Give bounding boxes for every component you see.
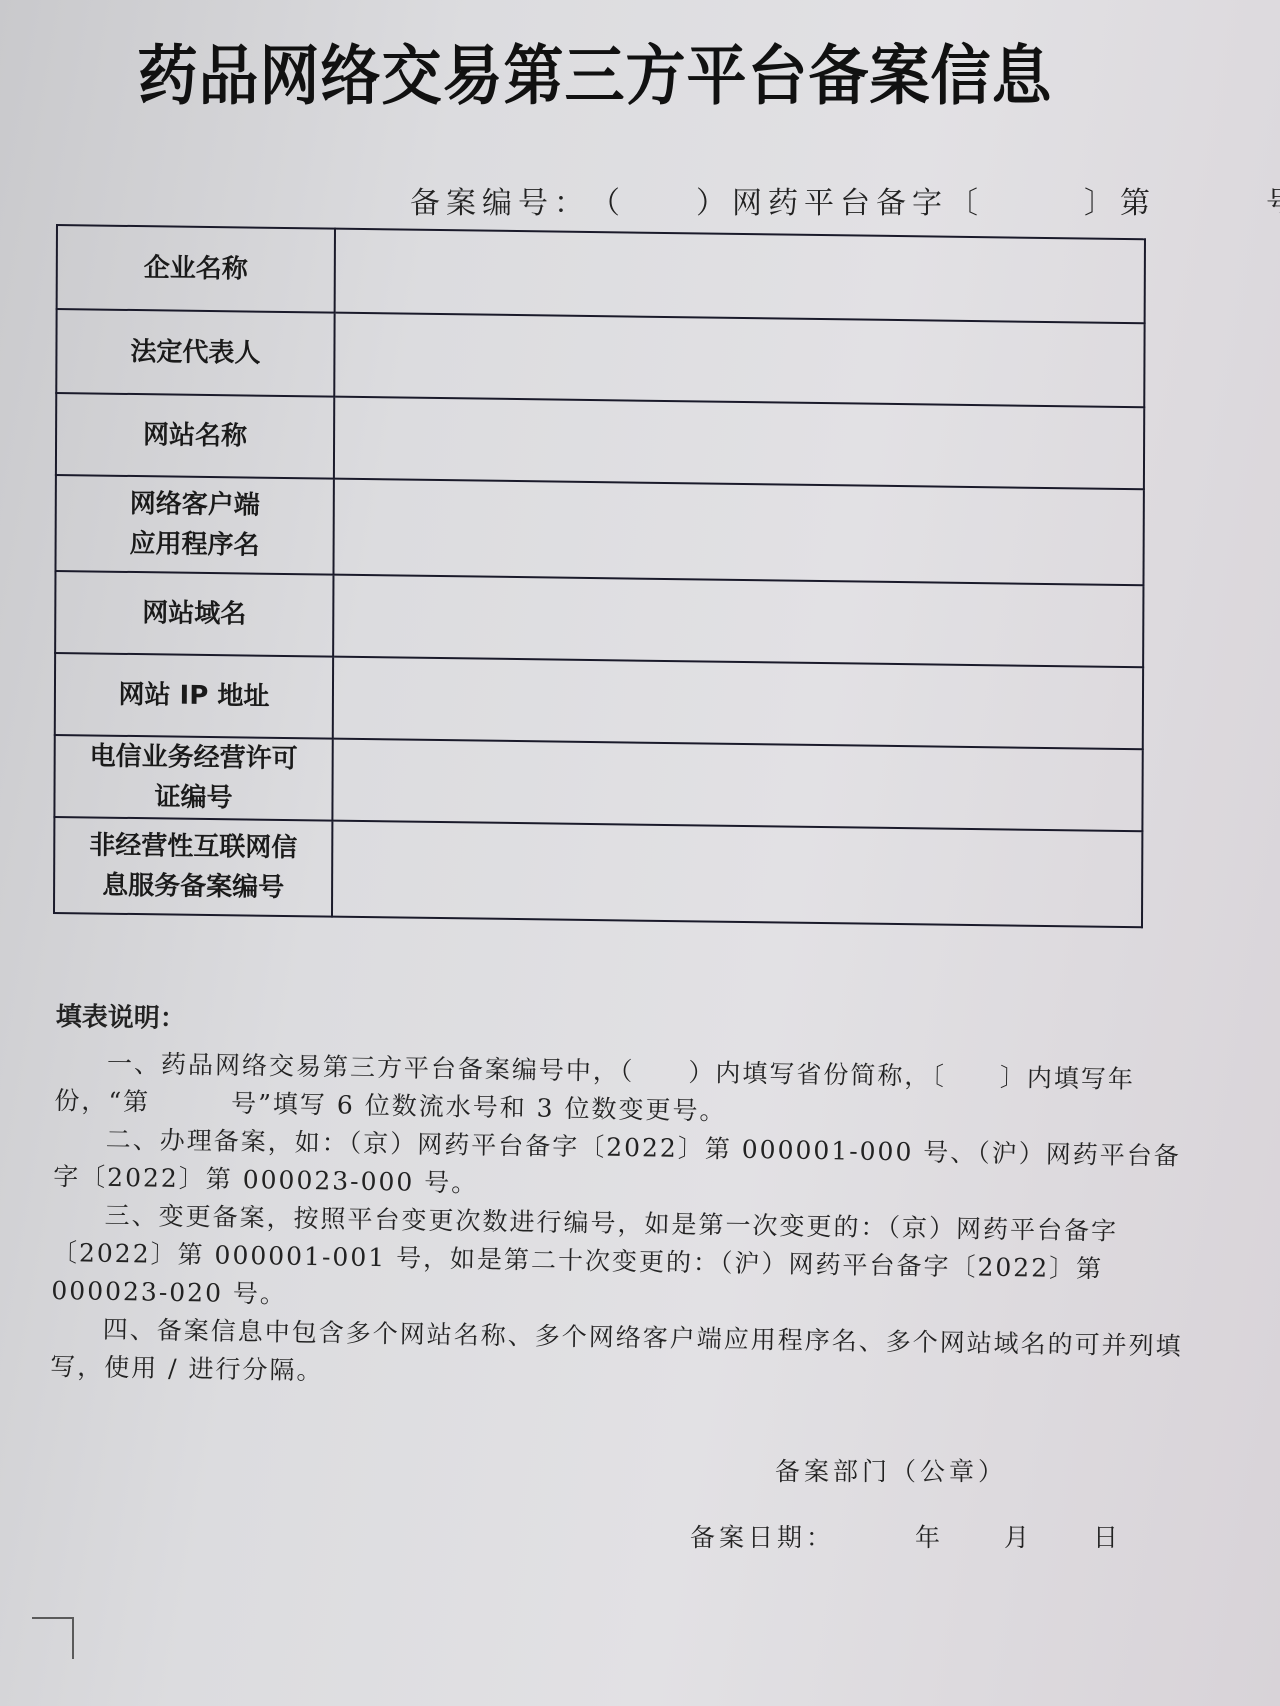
month-label: 月 bbox=[1004, 1523, 1033, 1552]
field-icp-filing[interactable] bbox=[332, 821, 1142, 928]
corner-crop-mark bbox=[32, 1617, 74, 1659]
document-page: 药品网络交易第三方平台备案信息 备案编号：（）网药平台备字〔〕第号 企业名称 法… bbox=[0, 0, 1280, 1706]
field-website-ip[interactable] bbox=[333, 657, 1143, 750]
label-telecom-license: 电信业务经营许可 证编号 bbox=[54, 735, 332, 821]
table-row: 电信业务经营许可 证编号 bbox=[54, 735, 1142, 831]
table-row: 非经营性互联网信 息服务备案编号 bbox=[54, 817, 1142, 927]
filing-date-line: 备案日期：年月日 bbox=[690, 1518, 1122, 1554]
record-number-line: 备案编号：（）网药平台备字〔〕第号 bbox=[410, 178, 1280, 222]
filling-instructions: 填表说明： 一、药品网络交易第三方平台备案编号中，（ ）内填写省份简称，〔 〕内… bbox=[50, 998, 1196, 1404]
label-website-ip: 网站 IP 地址 bbox=[55, 653, 333, 739]
field-legal-representative[interactable] bbox=[334, 313, 1144, 408]
record-number-platform: ）网药平台备字〔 bbox=[696, 178, 984, 222]
label-legal-representative: 法定代表人 bbox=[56, 309, 334, 397]
table-row: 网络客户端 应用程序名 bbox=[55, 475, 1143, 585]
record-number-label: 备案编号： bbox=[410, 178, 590, 222]
filing-date-label: 备案日期： bbox=[690, 1523, 835, 1552]
record-number-paren-open: （ bbox=[590, 178, 626, 222]
label-icp-filing: 非经营性互联网信 息服务备案编号 bbox=[54, 817, 332, 917]
label-client-app-name: 网络客户端 应用程序名 bbox=[55, 475, 333, 575]
field-company-name[interactable] bbox=[335, 229, 1145, 324]
table-row: 企业名称 bbox=[57, 225, 1145, 323]
label-company-name: 企业名称 bbox=[57, 225, 335, 313]
field-telecom-license[interactable] bbox=[332, 739, 1142, 832]
record-number-suffix: 号 bbox=[1266, 178, 1280, 222]
year-label: 年 bbox=[915, 1523, 944, 1552]
field-client-app-name[interactable] bbox=[333, 479, 1143, 586]
table-row: 法定代表人 bbox=[56, 309, 1144, 407]
field-website-domain[interactable] bbox=[333, 575, 1143, 668]
record-info-table: 企业名称 法定代表人 网站名称 网络客户端 应用程序名 网站域名 网站 IP 地… bbox=[53, 224, 1146, 928]
instruction-item: 三、变更备案，按照平台变更次数进行编号，如是第一次变更的：（京）网药平台备字〔2… bbox=[51, 1196, 1193, 1328]
field-website-name[interactable] bbox=[334, 397, 1144, 490]
label-website-name: 网站名称 bbox=[56, 393, 334, 479]
table-row: 网站名称 bbox=[56, 393, 1144, 489]
instructions-heading: 填表说明： bbox=[55, 998, 1195, 1054]
filing-department-seal: 备案部门（公章） bbox=[775, 1452, 1007, 1488]
table-row: 网站 IP 地址 bbox=[55, 653, 1143, 749]
day-label: 日 bbox=[1093, 1523, 1122, 1552]
record-number-di: 〕第 bbox=[1084, 178, 1156, 222]
document-title: 药品网络交易第三方平台备案信息 bbox=[0, 25, 1235, 118]
table-row: 网站域名 bbox=[55, 571, 1143, 667]
label-website-domain: 网站域名 bbox=[55, 571, 333, 657]
